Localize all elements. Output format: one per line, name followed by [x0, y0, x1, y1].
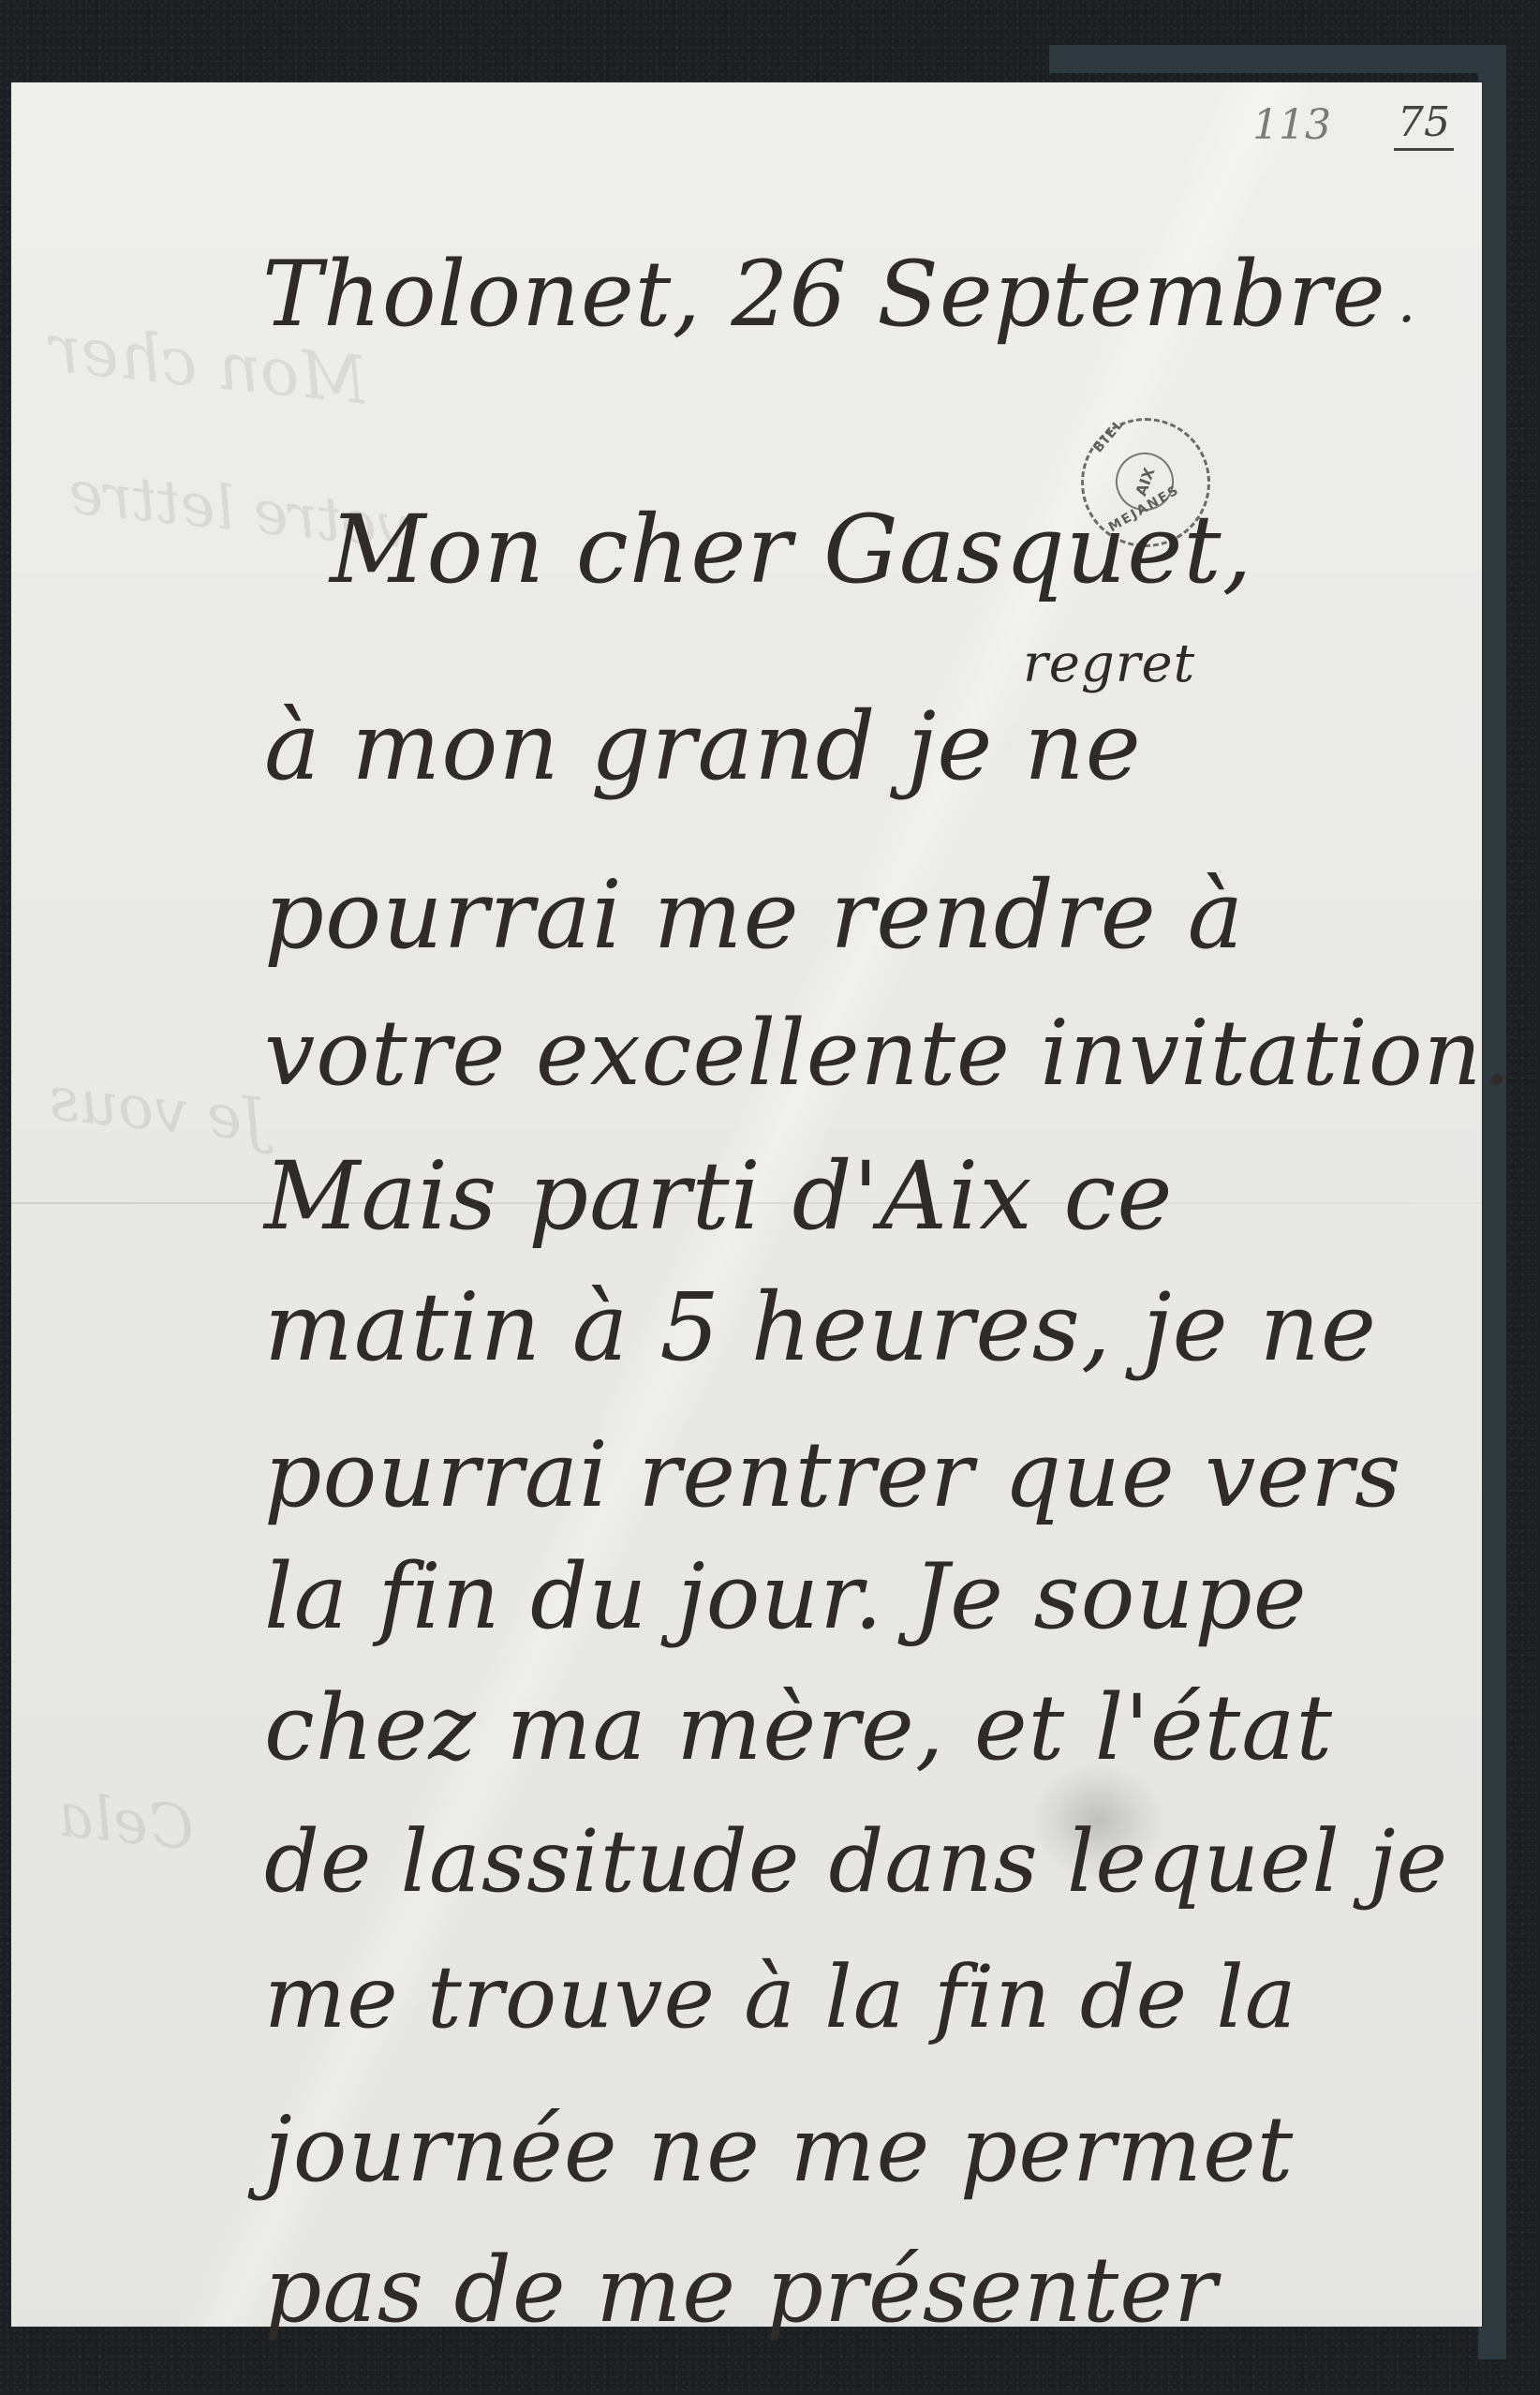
letter-line: pourrai rentrer que vers [264, 1422, 1401, 1527]
letter-line: votre excellente invitation. [264, 1001, 1512, 1106]
letter-line: de lassitude dans lequel je [264, 1811, 1448, 1912]
letter-place-date: Tholonet, 26 Septembre [262, 242, 1386, 347]
letter-line: à mon grand je ne [264, 692, 1142, 801]
letter-interlinear-insertion: regret [1023, 633, 1195, 694]
letter-place-date-period: . [1398, 270, 1416, 335]
letter-line: me trouve à la fin de la [264, 1947, 1297, 2047]
bleed-through-text: Cela [55, 1781, 198, 1865]
letter-line: journée ne me permet [264, 2097, 1294, 2202]
letter-line: la fin du jour. Je soupe [264, 1544, 1308, 1649]
letter-line: matin à 5 heures, je ne [264, 1272, 1377, 1382]
folio-number-current: 75 [1394, 101, 1454, 151]
folio-number-old: 113 [1252, 101, 1331, 149]
bleed-through-text: Je vous [46, 1064, 270, 1156]
letter-line: chez ma mère, et l'état [264, 1675, 1333, 1780]
letter-salutation: Mon cher Gasquet, [330, 495, 1252, 604]
letter-page: Mon cher votre lettre Je vous Cela 113 7… [11, 82, 1482, 2327]
letter-line: Mais parti d'Aix ce [264, 1141, 1174, 1251]
postmark-top-text: BIEL [1090, 416, 1127, 456]
letter-line: pourrai me rendre à [264, 860, 1244, 970]
letter-line: pas de me présenter [264, 2238, 1218, 2343]
